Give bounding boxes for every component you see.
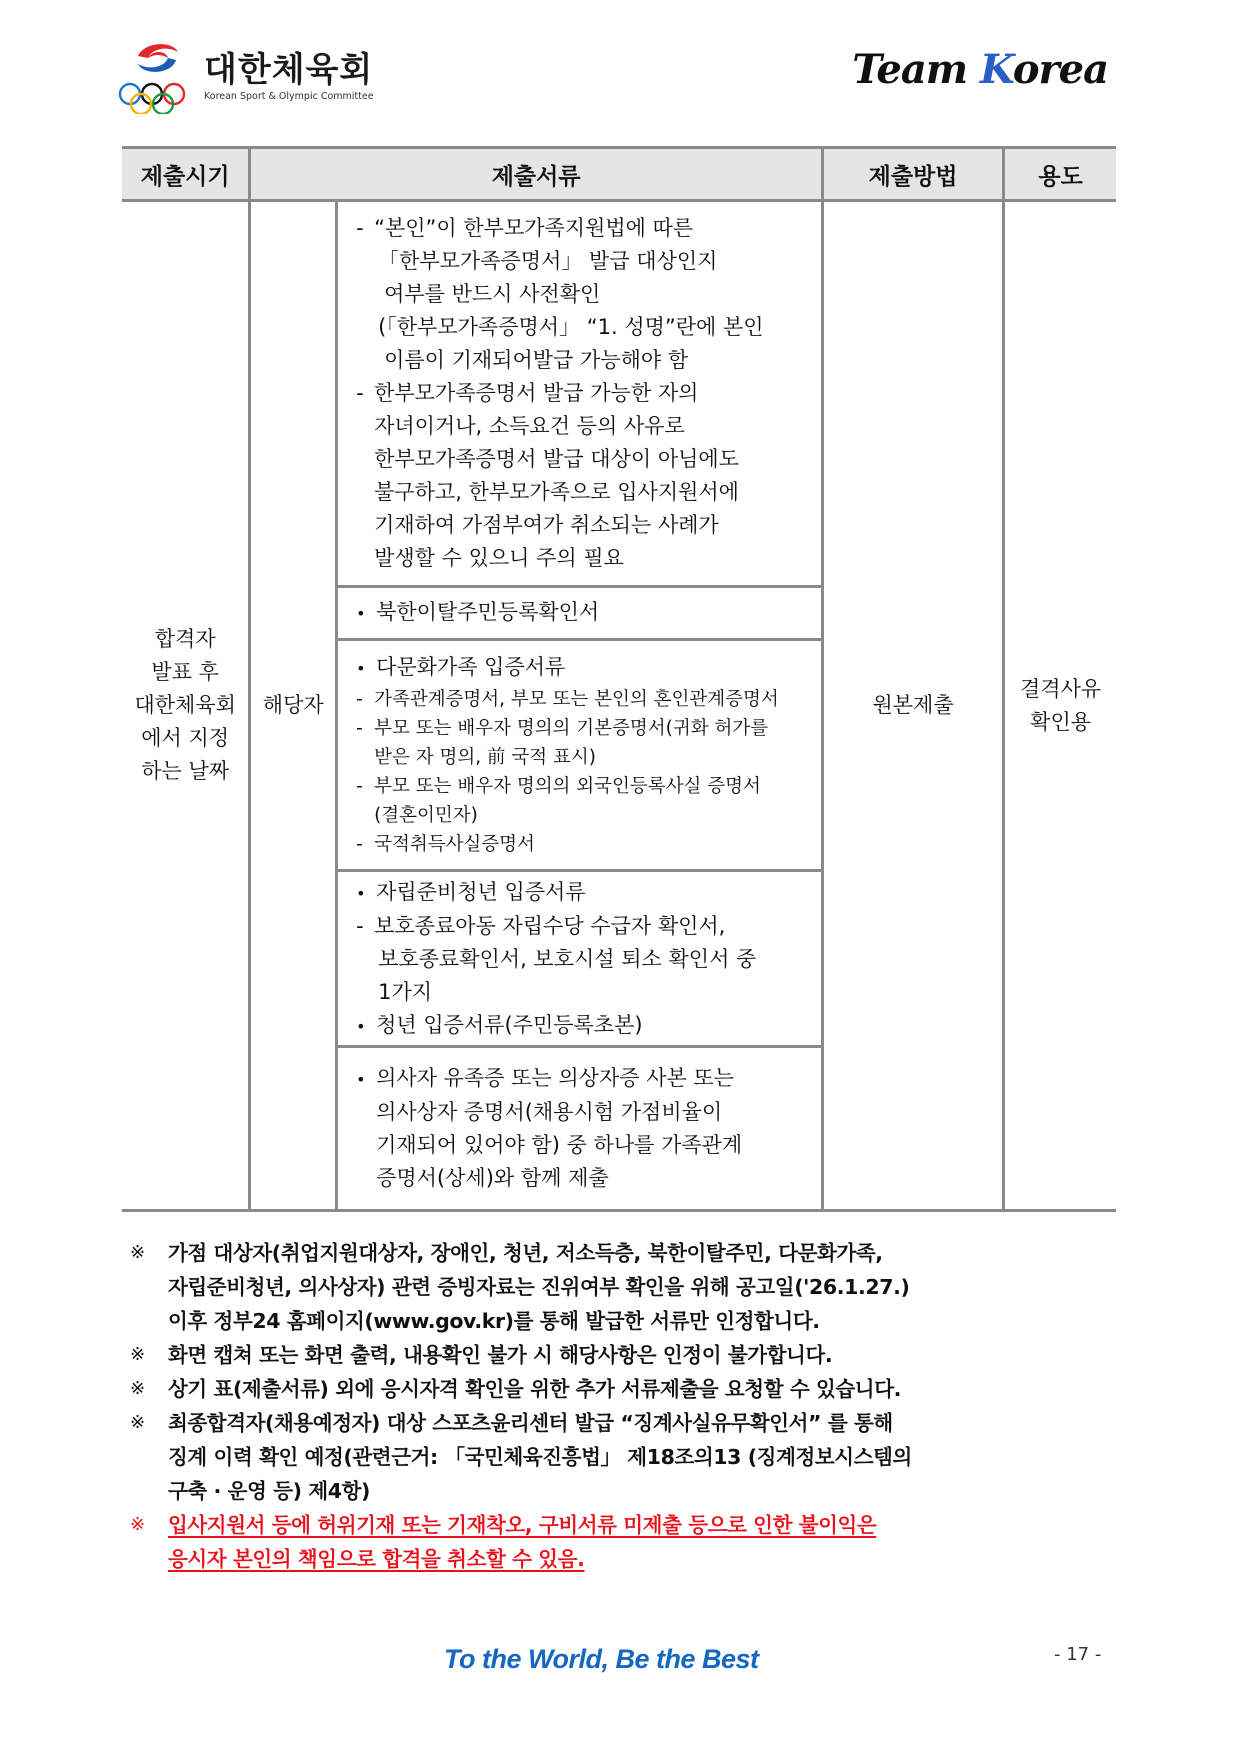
note-line: 상기 표(제출서류) 외에 응시자격 확인을 위한 추가 서류제출을 요청할 수… — [168, 1372, 1120, 1406]
footer-slogan: To the World, Be the Best — [444, 1644, 759, 1675]
doc-line: 다문화가족 입증서류 — [356, 651, 813, 685]
doc-line: 자립준비청년 입증서류 — [356, 876, 813, 910]
note-line: 구축 · 운영 등) 제4항) — [168, 1474, 1120, 1508]
note-line: 화면 캡쳐 또는 화면 출력, 내용확인 불가 시 해당사항은 인정이 불가합니… — [168, 1338, 1120, 1372]
doc-line: 의사상자 증명서(채용시험 가점비율이 — [356, 1096, 813, 1129]
reference-mark-icon: ※ — [130, 1372, 168, 1406]
reference-mark-icon: ※ — [130, 1236, 168, 1338]
note-line: 이후 정부24 홈페이지(www.gov.kr)를 통해 발급한 서류만 인정합… — [168, 1304, 1120, 1338]
doc-line: (「한부모가족증명서」 “1. 성명”란에 본인 — [356, 311, 813, 344]
team-logo-k: K — [980, 46, 1013, 93]
table-header-row: 제출시기 제출서류 제출방법 용도 — [122, 148, 1116, 201]
reference-mark-icon: ※ — [130, 1338, 168, 1372]
doc-block-single-parent: -“본인”이 한부모가족지원법에 따른 「한부모가족증명서」 발급 대상인지 여… — [337, 201, 823, 587]
note-bonus-evidence: ※ 가점 대상자(취업지원대상자, 장애인, 청년, 저소득층, 북한이탈주민,… — [130, 1236, 1120, 1338]
doc-line: 1가지 — [356, 976, 813, 1009]
doc-line: 부모 또는 배우자 명의의 기본증명서(귀화 허가를 — [374, 718, 768, 739]
olympic-rings-icon — [118, 38, 196, 114]
doc-line: 「한부모가족증명서」 발급 대상인지 — [356, 245, 813, 278]
doc-block-patriotic-deceased-injured: 의사자 유족증 또는 의상자증 사본 또는 의사상자 증명서(채용시험 가점비율… — [337, 1047, 823, 1211]
notes-section: ※ 가점 대상자(취업지원대상자, 장애인, 청년, 저소득층, 북한이탈주민,… — [130, 1236, 1120, 1576]
purpose-cell: 결격사유 확인용 — [1004, 201, 1116, 1211]
doc-line: 증명서(상세)와 함께 제출 — [356, 1162, 813, 1195]
purpose-line: 결격사유 — [1005, 673, 1116, 706]
note-disciplinary-check: ※ 최종합격자(채용예정자) 대상 스포츠윤리센터 발급 “징계사실유무확인서”… — [130, 1406, 1120, 1508]
doc-line: 자녀이거나, 소득요건 등의 사유로 — [356, 410, 813, 443]
header-method: 제출방법 — [822, 148, 1003, 201]
submission-documents-table: 제출시기 제출서류 제출방법 용도 합격자 발표 후 대한체육회 에서 지정 하… — [122, 146, 1116, 1212]
doc-line: 한부모가족증명서 발급 대상이 아님에도 — [356, 443, 813, 476]
team-korea-logo: Team Korea — [852, 46, 1108, 93]
reference-mark-icon: ※ — [130, 1508, 168, 1576]
note-line: 징계 이력 확인 예정(관련근거: 「국민체육진흥법」 제18조의13 (징계정… — [168, 1440, 1120, 1474]
doc-line: 가족관계증명서, 부모 또는 본인의 혼인관계증명서 — [374, 689, 779, 710]
doc-line: 발생할 수 있으니 주의 필요 — [356, 542, 813, 575]
doc-line: 기재되어 있어야 함) 중 하나를 가족관계 — [356, 1129, 813, 1162]
table-row: 합격자 발표 후 대한체육회 에서 지정 하는 날짜 해당자 -“본인”이 한부… — [122, 201, 1116, 587]
submission-timing-cell: 합격자 발표 후 대한체육회 에서 지정 하는 날짜 — [122, 201, 250, 1211]
doc-line: 청년 입증서류(주민등록초본) — [356, 1009, 813, 1043]
header-purpose: 용도 — [1004, 148, 1116, 201]
doc-line: 이름이 기재되어발급 가능해야 함 — [356, 344, 813, 377]
doc-line: -“본인”이 한부모가족지원법에 따른 — [356, 212, 813, 245]
doc-line: 여부를 반드시 사전확인 — [356, 278, 813, 311]
note-line: 자립준비청년, 의사상자) 관련 증빙자료는 진위여부 확인을 위해 공고일('… — [168, 1270, 1120, 1304]
reference-mark-icon: ※ — [130, 1406, 168, 1508]
doc-line: 기재하여 가점부여가 취소되는 사례가 — [356, 509, 813, 542]
page-header: 대한체육회 Korean Sport & Olympic Committee T… — [118, 36, 1118, 116]
doc-block-multicultural-family: 다문화가족 입증서류 -가족관계증명서, 부모 또는 본인의 혼인관계증명서 -… — [337, 640, 823, 871]
page-number: - 17 - — [1054, 1644, 1101, 1665]
doc-line: 불구하고, 한부모가족으로 입사지원서에 — [356, 476, 813, 509]
note-false-statement-warning: ※ 입사지원서 등에 허위기재 또는 기재착오, 구비서류 미제출 등으로 인한… — [130, 1508, 1120, 1576]
doc-block-self-reliant-youth: 자립준비청년 입증서류 -보호종료아동 자립수당 수급자 확인서, 보호종료확인… — [337, 871, 823, 1047]
method-cell: 원본제출 — [822, 201, 1003, 1211]
doc-line: 보호종료아동 자립수당 수급자 확인서, — [374, 914, 725, 938]
team-logo-suffix: orea — [1013, 46, 1108, 93]
header-timing: 제출시기 — [122, 148, 250, 201]
note-line: 입사지원서 등에 허위기재 또는 기재착오, 구비서류 미제출 등으로 인한 불… — [168, 1513, 876, 1537]
timing-line: 발표 후 — [122, 656, 248, 689]
purpose-line: 확인용 — [1005, 706, 1116, 739]
timing-line: 대한체육회 — [122, 689, 248, 722]
doc-line: 받은 자 명의, 前 국적 표시) — [356, 743, 813, 772]
target-cell: 해당자 — [250, 201, 337, 1211]
note-line: 가점 대상자(취업지원대상자, 장애인, 청년, 저소득층, 북한이탈주민, 다… — [168, 1236, 1120, 1270]
note-screen-capture: ※ 화면 캡쳐 또는 화면 출력, 내용확인 불가 시 해당사항은 인정이 불가… — [130, 1338, 1120, 1372]
note-line: 응시자 본인의 책임으로 합격을 취소할 수 있음. — [168, 1547, 584, 1571]
doc-line: 북한이탈주민등록확인서 — [356, 596, 813, 630]
doc-line: 보호종료확인서, 보호시설 퇴소 확인서 중 — [356, 943, 813, 976]
team-logo-prefix: Team — [852, 46, 980, 93]
timing-line: 에서 지정 — [122, 722, 248, 755]
doc-line: -한부모가족증명서 발급 가능한 자의 — [356, 377, 813, 410]
doc-block-north-korean-defector: 북한이탈주민등록확인서 — [337, 587, 823, 640]
ksoc-logo: 대한체육회 Korean Sport & Olympic Committee — [118, 36, 378, 116]
note-additional-documents: ※ 상기 표(제출서류) 외에 응시자격 확인을 위한 추가 서류제출을 요청할… — [130, 1372, 1120, 1406]
header-documents: 제출서류 — [250, 148, 823, 201]
org-name-ko: 대한체육회 — [204, 51, 374, 89]
doc-line: (결혼이민자) — [356, 801, 813, 830]
doc-line: 국적취득사실증명서 — [374, 834, 535, 855]
org-name-en: Korean Sport & Olympic Committee — [204, 91, 374, 102]
doc-line: 부모 또는 배우자 명의의 외국인등록사실 증명서 — [374, 776, 761, 797]
doc-line: 의사자 유족증 또는 의상자증 사본 또는 — [356, 1062, 813, 1096]
timing-line: 하는 날짜 — [122, 755, 248, 788]
timing-line: 합격자 — [122, 623, 248, 656]
note-line: 최종합격자(채용예정자) 대상 스포츠윤리센터 발급 “징계사실유무확인서” 를… — [168, 1406, 1120, 1440]
